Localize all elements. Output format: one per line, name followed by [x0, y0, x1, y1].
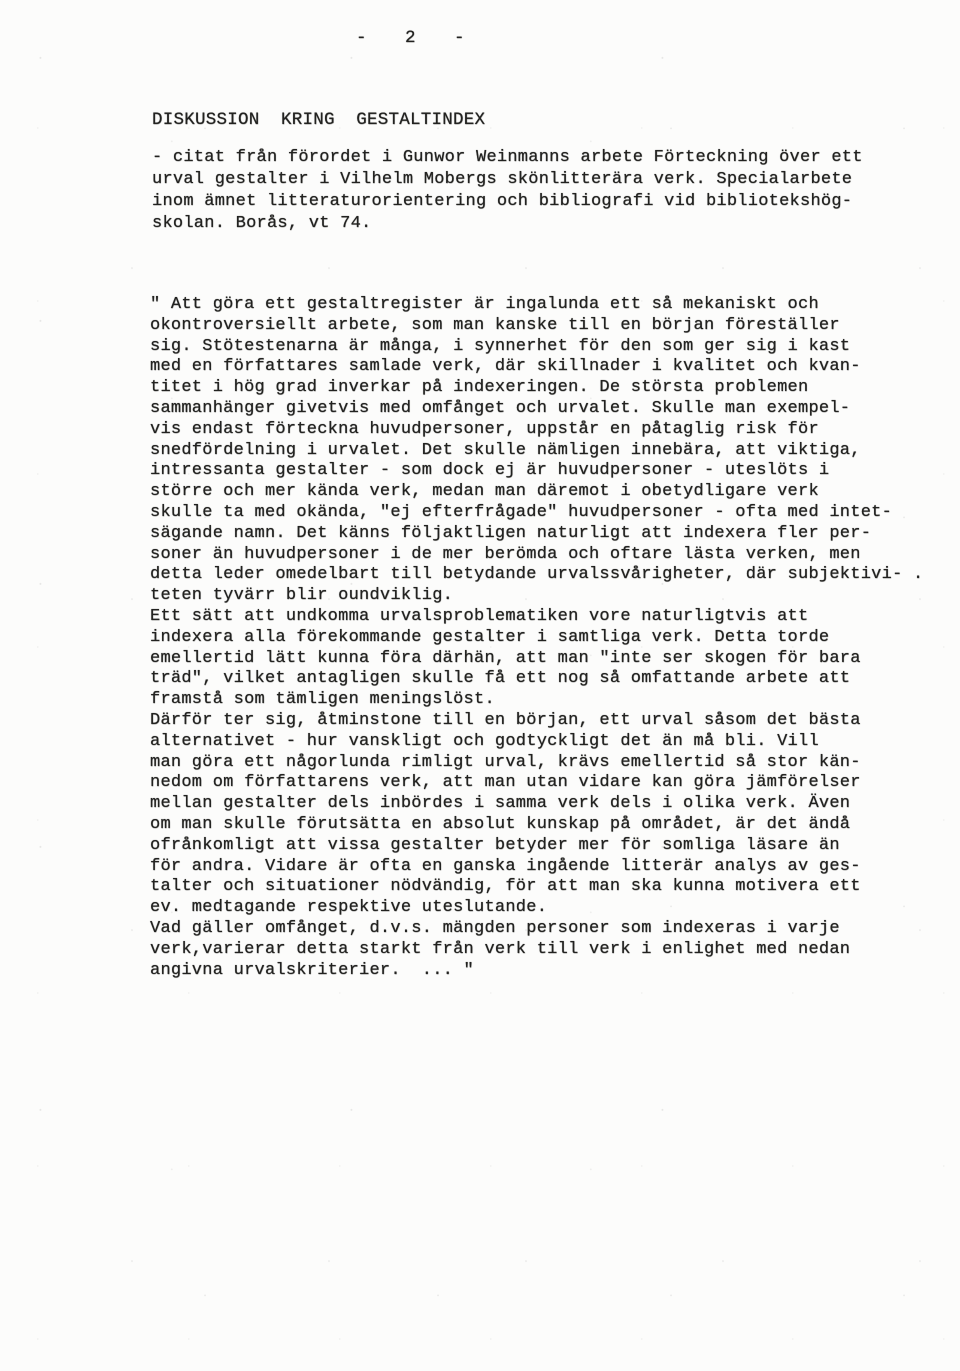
document-title: DISKUSSION KRING GESTALTINDEX: [152, 109, 485, 131]
quote-paragraph: " Att göra ett gestaltregister är ingalu…: [150, 295, 923, 981]
citation-paragraph: - citat från förordet i Gunwor Weinmanns…: [152, 147, 863, 235]
page-number: - 2 -: [356, 28, 479, 49]
document-page: - 2 - DISKUSSION KRING GESTALTINDEX - ci…: [0, 0, 960, 1371]
